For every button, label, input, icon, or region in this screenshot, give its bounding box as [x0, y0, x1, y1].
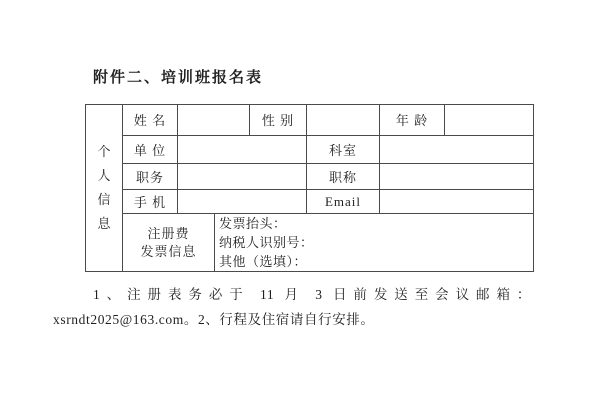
personal-info-section-label: 个 人 信 息 [86, 105, 123, 271]
section-char: 信 [97, 193, 110, 207]
table-row: 注册费 发票信息 发票抬头： 纳税人识别号： 其他（选填）： [123, 213, 533, 271]
table-row: 姓 名 性 别 年 龄 [123, 105, 533, 135]
email-label: Email [306, 190, 379, 213]
section-char: 个 [97, 145, 110, 159]
name-label: 姓 名 [123, 105, 177, 135]
age-label: 年 龄 [379, 105, 444, 135]
gender-value-cell[interactable] [306, 105, 379, 135]
organization-label: 单 位 [123, 136, 177, 164]
table-row: 单 位 科室 [123, 135, 533, 164]
page-title: 附件二、培训班报名表 [93, 66, 263, 87]
department-value-cell[interactable] [379, 136, 533, 164]
invoice-details-cell[interactable]: 发票抬头： 纳税人识别号： 其他（选填）： [214, 214, 533, 271]
position-value-cell[interactable] [177, 164, 306, 189]
professional-title-label: 职称 [306, 164, 379, 189]
invoice-label-line: 发票信息 [140, 243, 196, 261]
organization-value-cell[interactable] [177, 136, 306, 164]
mobile-label: 手 机 [123, 190, 177, 213]
registration-table: 个 人 信 息 姓 名 性 别 年 龄 单 位 科室 职务 [85, 104, 534, 272]
gender-label: 性 别 [249, 105, 306, 135]
department-label: 科室 [306, 136, 379, 164]
position-label: 职务 [123, 164, 177, 189]
table-row: 职务 职称 [123, 163, 533, 189]
email-value-cell[interactable] [379, 190, 533, 213]
document-page: 附件二、培训班报名表 个 人 信 息 姓 名 性 别 年 龄 单 位 科室 [0, 0, 613, 402]
footer-note: 1、注册表务必于 11 月 3 日前发送至会议邮箱：xsrndt2025@163… [53, 282, 531, 332]
table-row: 手 机 Email [123, 189, 533, 213]
age-value-cell[interactable] [444, 105, 533, 135]
professional-title-value-cell[interactable] [379, 164, 533, 189]
invoice-label-line: 注册费 [147, 225, 189, 243]
name-value-cell[interactable] [177, 105, 249, 135]
invoice-other-line: 其他（选填）： [219, 252, 307, 271]
section-char: 息 [97, 217, 110, 231]
mobile-value-cell[interactable] [177, 190, 306, 213]
invoice-title-line: 发票抬头： [219, 214, 287, 233]
invoice-info-label: 注册费 发票信息 [123, 214, 214, 271]
section-char: 人 [97, 169, 110, 183]
taxpayer-id-line: 纳税人识别号： [219, 233, 314, 252]
table-body: 姓 名 性 别 年 龄 单 位 科室 职务 职称 手 机 [123, 105, 533, 271]
